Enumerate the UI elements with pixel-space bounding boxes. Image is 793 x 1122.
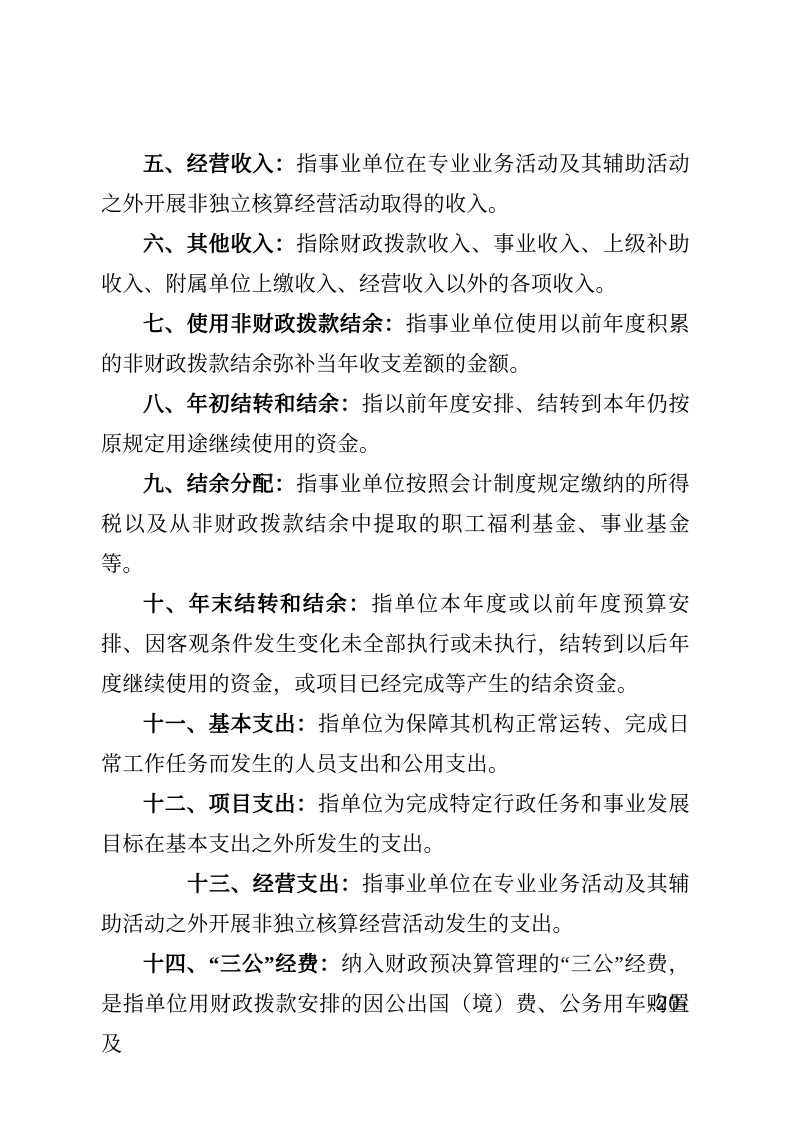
document-body: 五、经营收入：指事业单位在专业业务活动及其辅助活动之外开展非独立核算经营活动取得… bbox=[101, 144, 690, 1064]
term-label: 八、年初结转和结余： bbox=[143, 392, 362, 416]
term-label: 十三、经营支出： bbox=[187, 872, 362, 896]
term-label: 七、使用非财政拨款结余： bbox=[143, 312, 406, 336]
paragraph-term-12: 十二、项目支出：指单位为完成特定行政任务和事业发展目标在基本支出之外所发生的支出… bbox=[101, 784, 690, 864]
term-label: 五、经营收入： bbox=[143, 152, 296, 176]
paragraph-term-8: 八、年初结转和结余：指以前年度安排、结转到本年仍按原规定用途继续使用的资金。 bbox=[101, 384, 690, 464]
document-page: 五、经营收入：指事业单位在专业业务活动及其辅助活动之外开展非独立核算经营活动取得… bbox=[0, 0, 793, 1122]
paragraph-term-5: 五、经营收入：指事业单位在专业业务活动及其辅助活动之外开展非独立核算经营活动取得… bbox=[101, 144, 690, 224]
paragraph-term-13: 十三、经营支出：指事业单位在专业业务活动及其辅助活动之外开展非独立核算经营活动发… bbox=[101, 864, 690, 944]
term-label: 十四、“三公”经费： bbox=[143, 952, 341, 976]
term-label: 九、结余分配： bbox=[143, 472, 296, 496]
paragraph-term-7: 七、使用非财政拨款结余：指事业单位使用以前年度积累的非财政拨款结余弥补当年收支差… bbox=[101, 304, 690, 384]
paragraph-term-10: 十、年末结转和结余：指单位本年度或以前年度预算安排、因客观条件发生变化未全部执行… bbox=[101, 584, 690, 704]
paragraph-term-14: 十四、“三公”经费：纳入财政预决算管理的“三公”经费，是指单位用财政拨款安排的因… bbox=[101, 944, 690, 1064]
term-label: 六、其他收入： bbox=[143, 232, 296, 256]
term-label: 十一、基本支出： bbox=[143, 712, 318, 736]
page-number: -20- bbox=[648, 990, 689, 1016]
term-label: 十、年末结转和结余： bbox=[143, 592, 371, 616]
term-label: 十二、项目支出： bbox=[143, 792, 318, 816]
paragraph-term-6: 六、其他收入：指除财政拨款收入、事业收入、上级补助收入、附属单位上缴收入、经营收… bbox=[101, 224, 690, 304]
paragraph-term-11: 十一、基本支出：指单位为保障其机构正常运转、完成日常工作任务而发生的人员支出和公… bbox=[101, 704, 690, 784]
paragraph-term-9: 九、结余分配：指事业单位按照会计制度规定缴纳的所得税以及从非财政拨款结余中提取的… bbox=[101, 464, 690, 584]
